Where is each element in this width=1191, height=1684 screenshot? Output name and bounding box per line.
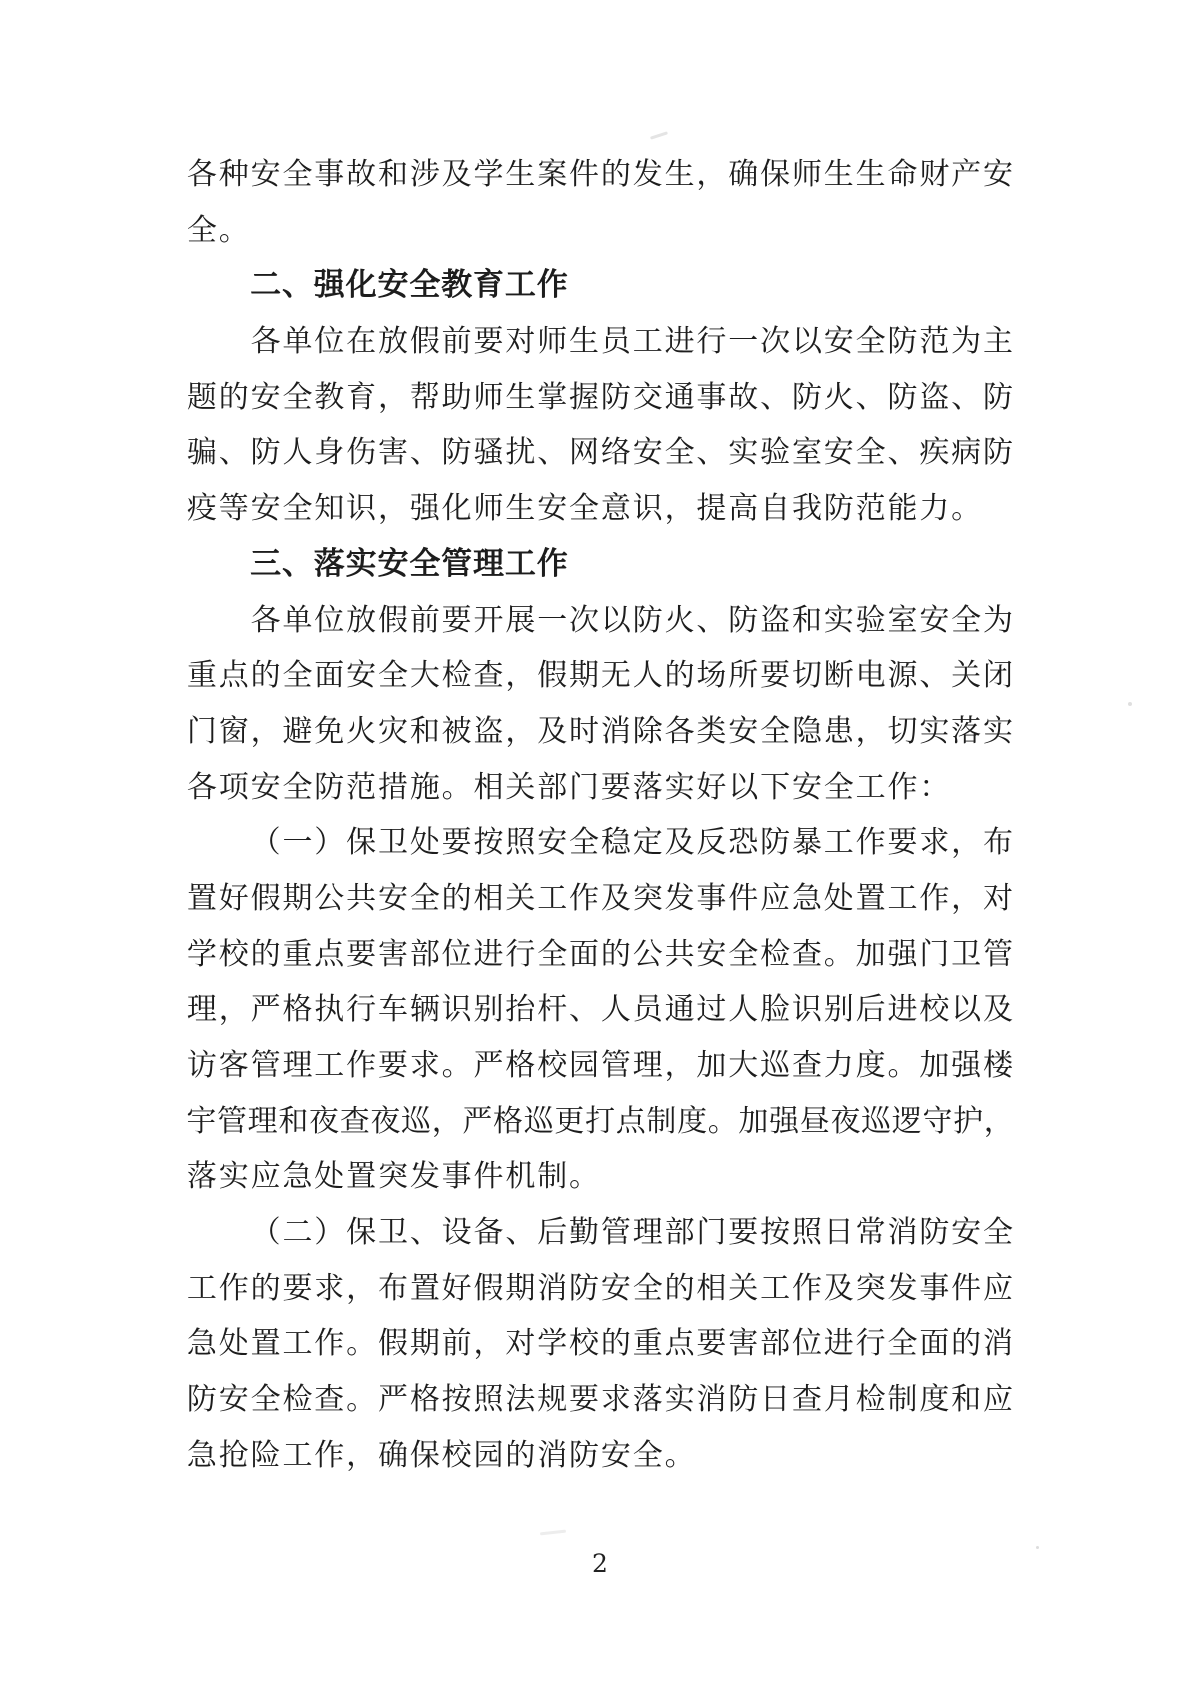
scan-artifact xyxy=(1128,702,1132,706)
text-line: 访客管理工作要求。严格校园管理，加大巡查力度。加强楼 xyxy=(186,1038,1014,1094)
scan-artifact xyxy=(540,1530,566,1536)
text-line: 各项安全防范措施。相关部门要落实好以下安全工作： xyxy=(186,760,1014,816)
text-line: 门窗，避免火灾和被盗，及时消除各类安全隐患，切实落实 xyxy=(186,704,1014,760)
paragraph-item-1-security-office: （一）保卫处要按照安全稳定及反恐防暴工作要求，布置好假期公共安全的相关工作及突发… xyxy=(186,815,1014,1205)
paragraph-continuation: 各种安全事故和涉及学生案件的发生，确保师生生命财产安全。 xyxy=(186,147,1014,258)
text-line: （二）保卫、设备、后勤管理部门要按照日常消防安全 xyxy=(186,1205,1014,1261)
text-line: 理，严格执行车辆识别抬杆、人员通过人脸识别后进校以及 xyxy=(186,982,1014,1038)
text-line: 置好假期公共安全的相关工作及突发事件应急处置工作，对 xyxy=(186,871,1014,927)
text-line: （一）保卫处要按照安全稳定及反恐防暴工作要求，布 xyxy=(186,815,1014,871)
text-line: 题的安全教育，帮助师生掌握防交通事故、防火、防盗、防 xyxy=(186,370,1014,426)
document-body: 各种安全事故和涉及学生案件的发生，确保师生生命财产安全。二、强化安全教育工作各单… xyxy=(186,147,1014,1484)
scan-artifact xyxy=(650,131,668,139)
text-line: 急抢险工作，确保校园的消防安全。 xyxy=(186,1428,1014,1484)
scan-artifact xyxy=(1036,1546,1039,1549)
text-line: 三、落实安全管理工作 xyxy=(186,537,1014,593)
paragraph-safety-education: 各单位在放假前要对师生员工进行一次以安全防范为主题的安全教育，帮助师生掌握防交通… xyxy=(186,314,1014,537)
heading-section-3: 三、落实安全管理工作 xyxy=(186,537,1014,593)
text-line: 各单位放假前要开展一次以防火、防盗和实验室安全为 xyxy=(186,593,1014,649)
text-line: 全。 xyxy=(186,203,1014,259)
text-line: 二、强化安全教育工作 xyxy=(186,258,1014,314)
text-line: 落实应急处置突发事件机制。 xyxy=(186,1149,1014,1205)
text-line: 宇管理和夜查夜巡，严格巡更打点制度。加强昼夜巡逻守护， xyxy=(186,1094,1014,1150)
text-line: 疫等安全知识，强化师生安全意识，提高自我防范能力。 xyxy=(186,481,1014,537)
text-line: 骗、防人身伤害、防骚扰、网络安全、实验室安全、疾病防 xyxy=(186,425,1014,481)
text-line: 学校的重点要害部位进行全面的公共安全检查。加强门卫管 xyxy=(186,927,1014,983)
paragraph-item-2-fire-safety: （二）保卫、设备、后勤管理部门要按照日常消防安全工作的要求，布置好假期消防安全的… xyxy=(186,1205,1014,1483)
paragraph-safety-management: 各单位放假前要开展一次以防火、防盗和实验室安全为重点的全面安全大检查，假期无人的… xyxy=(186,593,1014,816)
text-line: 重点的全面安全大检查，假期无人的场所要切断电源、关闭 xyxy=(186,648,1014,704)
text-line: 防安全检查。严格按照法规要求落实消防日查月检制度和应 xyxy=(186,1372,1014,1428)
text-line: 急处置工作。假期前，对学校的重点要害部位进行全面的消 xyxy=(186,1316,1014,1372)
heading-section-2: 二、强化安全教育工作 xyxy=(186,258,1014,314)
page-number: 2 xyxy=(0,1549,1191,1578)
text-line: 工作的要求，布置好假期消防安全的相关工作及突发事件应 xyxy=(186,1261,1014,1317)
text-line: 各单位在放假前要对师生员工进行一次以安全防范为主 xyxy=(186,314,1014,370)
document-page: 各种安全事故和涉及学生案件的发生，确保师生生命财产安全。二、强化安全教育工作各单… xyxy=(0,0,1191,1684)
text-line: 各种安全事故和涉及学生案件的发生，确保师生生命财产安 xyxy=(186,147,1014,203)
